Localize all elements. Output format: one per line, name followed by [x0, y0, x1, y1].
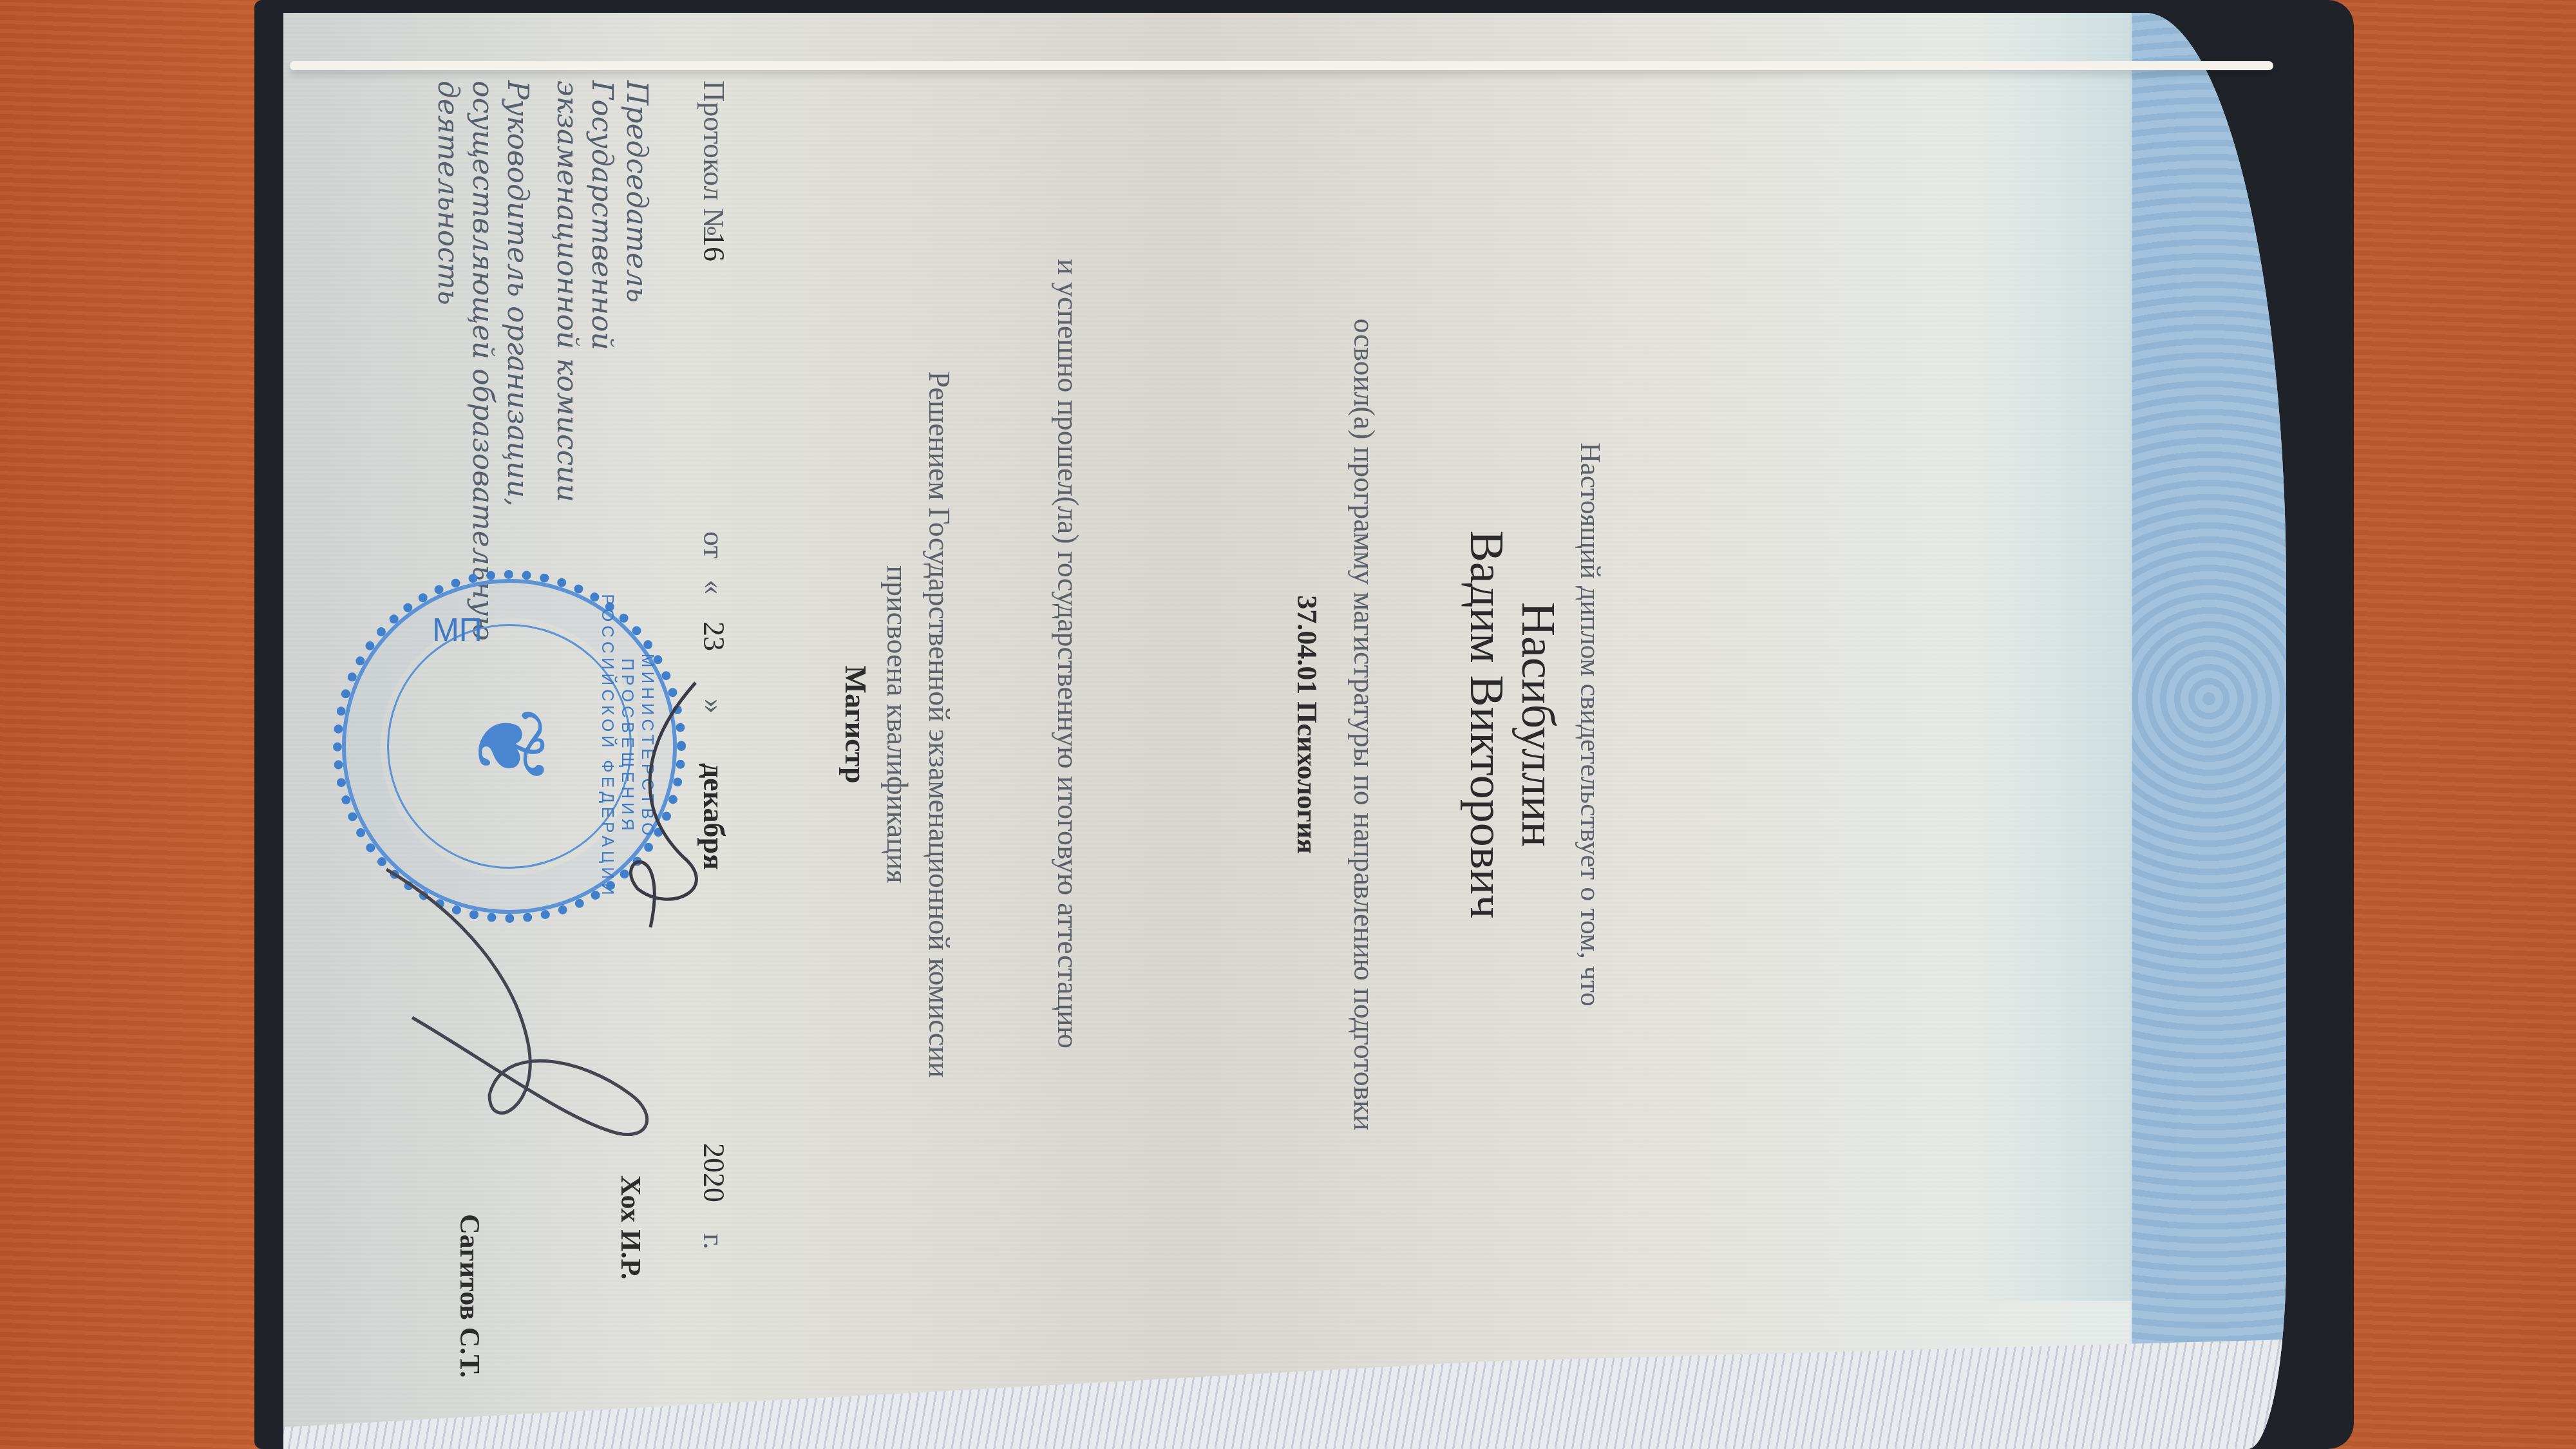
protocol-label: Протокол № — [697, 80, 731, 236]
official-seal: МИНИСТЕРСТВО ПРОСВЕЩЕНИЯ РОССИЙСКОЙ ФЕДЕ… — [333, 570, 686, 923]
chair-role-line: Государственной — [584, 80, 619, 502]
graduate-surname: Насибуллин — [1510, 80, 1565, 1368]
qualification: Магистр — [838, 80, 873, 1368]
protocol-year: 2020 — [697, 1143, 731, 1202]
protocol-day: 23 — [697, 621, 731, 651]
mastered-line: освоил(а) программу магистратуры по напр… — [1347, 80, 1381, 1368]
protocol-line: Протокол № 16 от « 23 » декабря 2020 г. — [692, 80, 731, 1368]
protocol-month: декабря — [697, 763, 731, 870]
head-role-line: Руководитель организации, — [500, 80, 535, 641]
diploma-text: Настоящий диплом свидетельствует о том, … — [435, 80, 2173, 1368]
chair-role: Председатель Государственной экзаменацио… — [549, 80, 654, 502]
chair-role-line: экзаменационной комиссии — [549, 80, 584, 502]
intro-line: Настоящий диплом свидетельствует о том, … — [1574, 80, 1607, 1368]
chair-role-line: Председатель — [619, 80, 654, 502]
graduate-given-names: Вадим Викторович — [1459, 80, 1513, 1368]
head-role: Руководитель организации, осуществляющей… — [430, 80, 535, 641]
head-role-line: деятельность — [430, 80, 465, 641]
assigned-line: присвоена квалификация — [880, 80, 914, 1368]
quote-open: « — [697, 580, 731, 594]
bookmark-ribbon — [290, 61, 2273, 70]
year-suffix: г. — [697, 1233, 731, 1249]
protocol-number: 16 — [697, 232, 731, 261]
double-headed-eagle-icon: ❦ — [453, 706, 565, 787]
program-name: 37.04.01 Психология — [1291, 80, 1323, 1368]
decision-line: Решением Государственной экзаменационной… — [922, 80, 956, 1368]
head-name: Сагитов С.Т. — [453, 1214, 486, 1378]
protocol-from: от — [697, 531, 731, 559]
seal-mp-label: МП — [432, 611, 482, 649]
chair-name: Хох И.Р. — [614, 1175, 647, 1280]
head-role-line: осуществляющей образовательную — [465, 80, 500, 641]
attestation-line: и успешно прошел(ла) государственную ито… — [1051, 10, 1085, 1298]
seal-outer-text: МИНИСТЕРСТВО ПРОСВЕЩЕНИЯ РОССИЙСКОЙ ФЕДЕ… — [598, 579, 658, 914]
quote-close: » — [697, 699, 731, 714]
